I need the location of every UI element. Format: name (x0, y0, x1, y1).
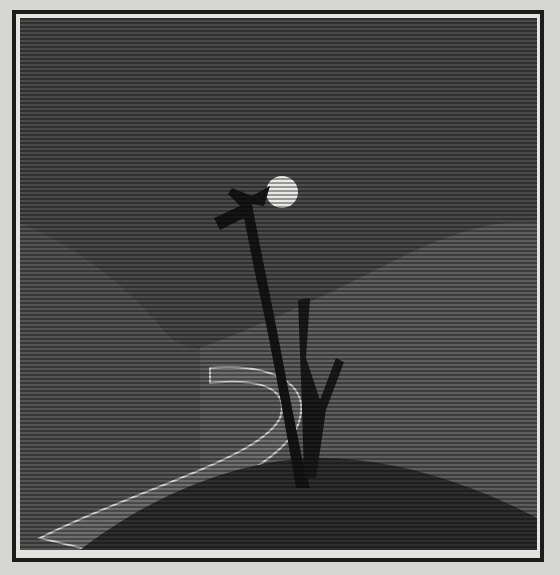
engraving-scene (20, 18, 537, 550)
hatching-texture (20, 18, 537, 550)
